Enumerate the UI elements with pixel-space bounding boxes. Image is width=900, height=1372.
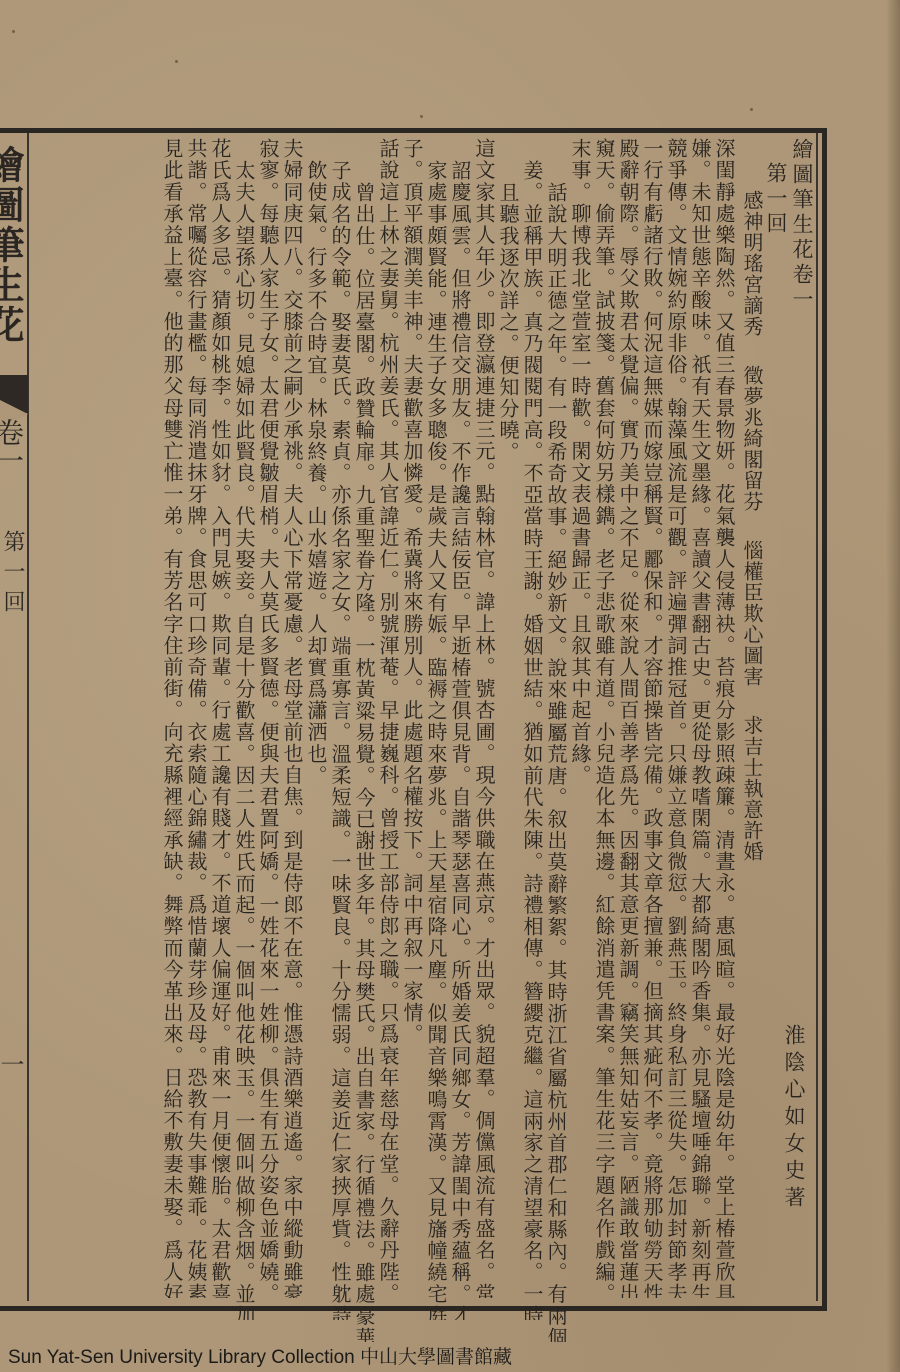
text-column-1: 深閨靜處樂陶然。又值三春景物妍。花氣襲人侵薄袂。苔痕分影照疎簾。清晝永。惠風暄。…	[712, 138, 736, 1298]
couplet-phrase-1: 感神明瑤宮謫秀	[740, 190, 764, 337]
text-column-11: 這文家其人年少。即登瀛連捷三元。點翰林官。諱上林。號杏圃。現今供職在燕京。才出眾…	[472, 138, 496, 1298]
text-column-18: 飲使氣。行多不合時宜。林泉終養。山水嬉遊。人却實爲瀟洒也。	[304, 138, 328, 1320]
page-edge-shadow	[886, 0, 900, 1372]
text-column-9: 姜。並稱甲族。真乃閥閱門高。不亞當時王謝。婚姻世結。猶如前代朱陳。詩禮相傳。簪纓…	[520, 138, 544, 1320]
text-column-7: 末事。聊博我北堂萱室一時歡。閑文表過書歸正。且叙其中起首緣。	[568, 138, 592, 1298]
text-column-24: 見此看承益上臺。他的那父母雙亡惟一弟。有芳名字住前街。向充縣裡經承缺。舞弊而今革…	[160, 138, 184, 1298]
chapter-couplet: 感神明瑤宮謫秀徵夢兆綺閣留芬惱權臣欺心圖害求吉士執意許婚	[740, 138, 764, 1350]
text-column-13: 家處事頗賢能。連生子女多聰俊。是歲夫人又有娠。臨褥之時來夢兆。上天星宿降凡塵。似…	[424, 138, 448, 1320]
text-column-2: 嫌。未知世態辛酸味。祇有天生文墨緣。喜讀父書翻古史。更從母教嗜閑篇。大都綺閣吟香…	[688, 138, 712, 1298]
text-column-17: 子成名的令範。娶妻莫氏。素貞。亦係名家之女。端重寡言。溫柔短識。一味賢良。十分懦…	[328, 138, 352, 1320]
paper-speck	[175, 60, 178, 63]
banxin-chapter: 第一回	[2, 530, 28, 620]
text-column-15: 話說這上林之妻舅。杭州姜氏。其人官諱近仁。別號渾菴。早捷巍科。曾授工部侍郎之職。…	[376, 138, 400, 1298]
frame-inner-rule	[816, 133, 818, 1301]
text-column-19: 夫婦同庚四八。交膝前之嗣少承祧。夫人心下常憂慮。老母堂前也自焦。到是侍郎不在意。…	[280, 138, 304, 1298]
text-column-10: 且聽我逐次詳之。便知分曉。	[496, 138, 520, 1342]
book-page: 繪圖筆生花 卷一 第一回 一 繪圖筆生花卷一 第一回 感神明瑤宮謫秀徵夢兆綺閣留…	[0, 0, 900, 1372]
couplet-phrase-4: 求吉士執意許婚	[740, 715, 764, 862]
text-column-22: 花氏爲人多忌。猜顏如桃李。性如豺。入門見嫉。欺同輩。行處工讒有賤才。不道壞人偏運…	[208, 138, 232, 1298]
text-column-6: 窺天。偷弄筆。試披箋。舊套何妨另樣鐫。老子悲歌雖有道。小兒造化本無邊。紅餘消遣凭…	[592, 138, 616, 1298]
collection-footer: Sun Yat-Sen University Library Collectio…	[8, 1342, 512, 1369]
paper-speck	[12, 30, 15, 33]
couplet-phrase-3: 惱權臣欺心圖害	[740, 540, 764, 687]
text-column-3: 競爭傳。文情婉約原非俗。翰藻風流是可觀。評遍彈詞推冠首。只嫌立意負微愆。劉燕玉。…	[664, 138, 688, 1298]
banxin-page-number: 一	[2, 1052, 28, 1076]
couplet-phrase-2: 徵夢兆綺閣留芬	[740, 365, 764, 512]
text-column-23: 共諧。常囑從容行畫檻。每同消遣抹牙牌。食思可口珍奇備。衣索隨心錦繡裁。爲惜蘭芽珍…	[184, 138, 208, 1298]
text-column-16: 曾出仕。位居臺閣。政贊輪扉。九重聖眷方隆。一枕黃粱易覺。今已謝世多年。其母樊氏。…	[352, 138, 376, 1342]
text-column-8: 話說大明正德之年。有一段希奇故事。絕妙新文。說來雖屬荒唐。叙出莫辭繁絮。其時浙江…	[544, 138, 568, 1342]
text-column-14: 子。頂平額潤美丰神。夫妻歡喜加憐愛。希冀將來勝別人。此處題名權按下。詞中再叙一家…	[400, 138, 424, 1298]
text-column-21: 太夫人望孫心切。見媳婦如此賢良。代夫娶妾。自是十分歡喜。因二人姓氏而起。一個叫他…	[232, 138, 256, 1320]
paper-speck	[750, 108, 753, 111]
text-column-5: 殿辭朝際。辱父欺君太覺偏。實乃美中之不足。從來說人間百善孝爲先。因翻其意更新調。…	[616, 138, 640, 1298]
paper-speck	[420, 115, 423, 118]
text-column-12: 詔慶風雲。但將禮信交朋友。不作讒言結佞臣。早逝椿萱俱見背。自諧琴瑟喜同心。所婚姜…	[448, 138, 472, 1320]
text-column-4: 一行有虧諸行敗。何況這無媒而嫁豈稱賢。酈保和。才容節操皆完備。政事文章各擅兼。但…	[640, 138, 664, 1298]
text-column-20: 寂寥。每聽人家生子女。太君便覺皺眉梢。夫人莫氏多賢德。便與夫君置阿嬌。一姓花來一…	[256, 138, 280, 1298]
author-line: 淮陰心如女史著	[782, 1024, 806, 1224]
banxin-volume: 卷一	[0, 418, 28, 474]
banxin-book-title: 繪圖筆生花	[0, 145, 30, 345]
